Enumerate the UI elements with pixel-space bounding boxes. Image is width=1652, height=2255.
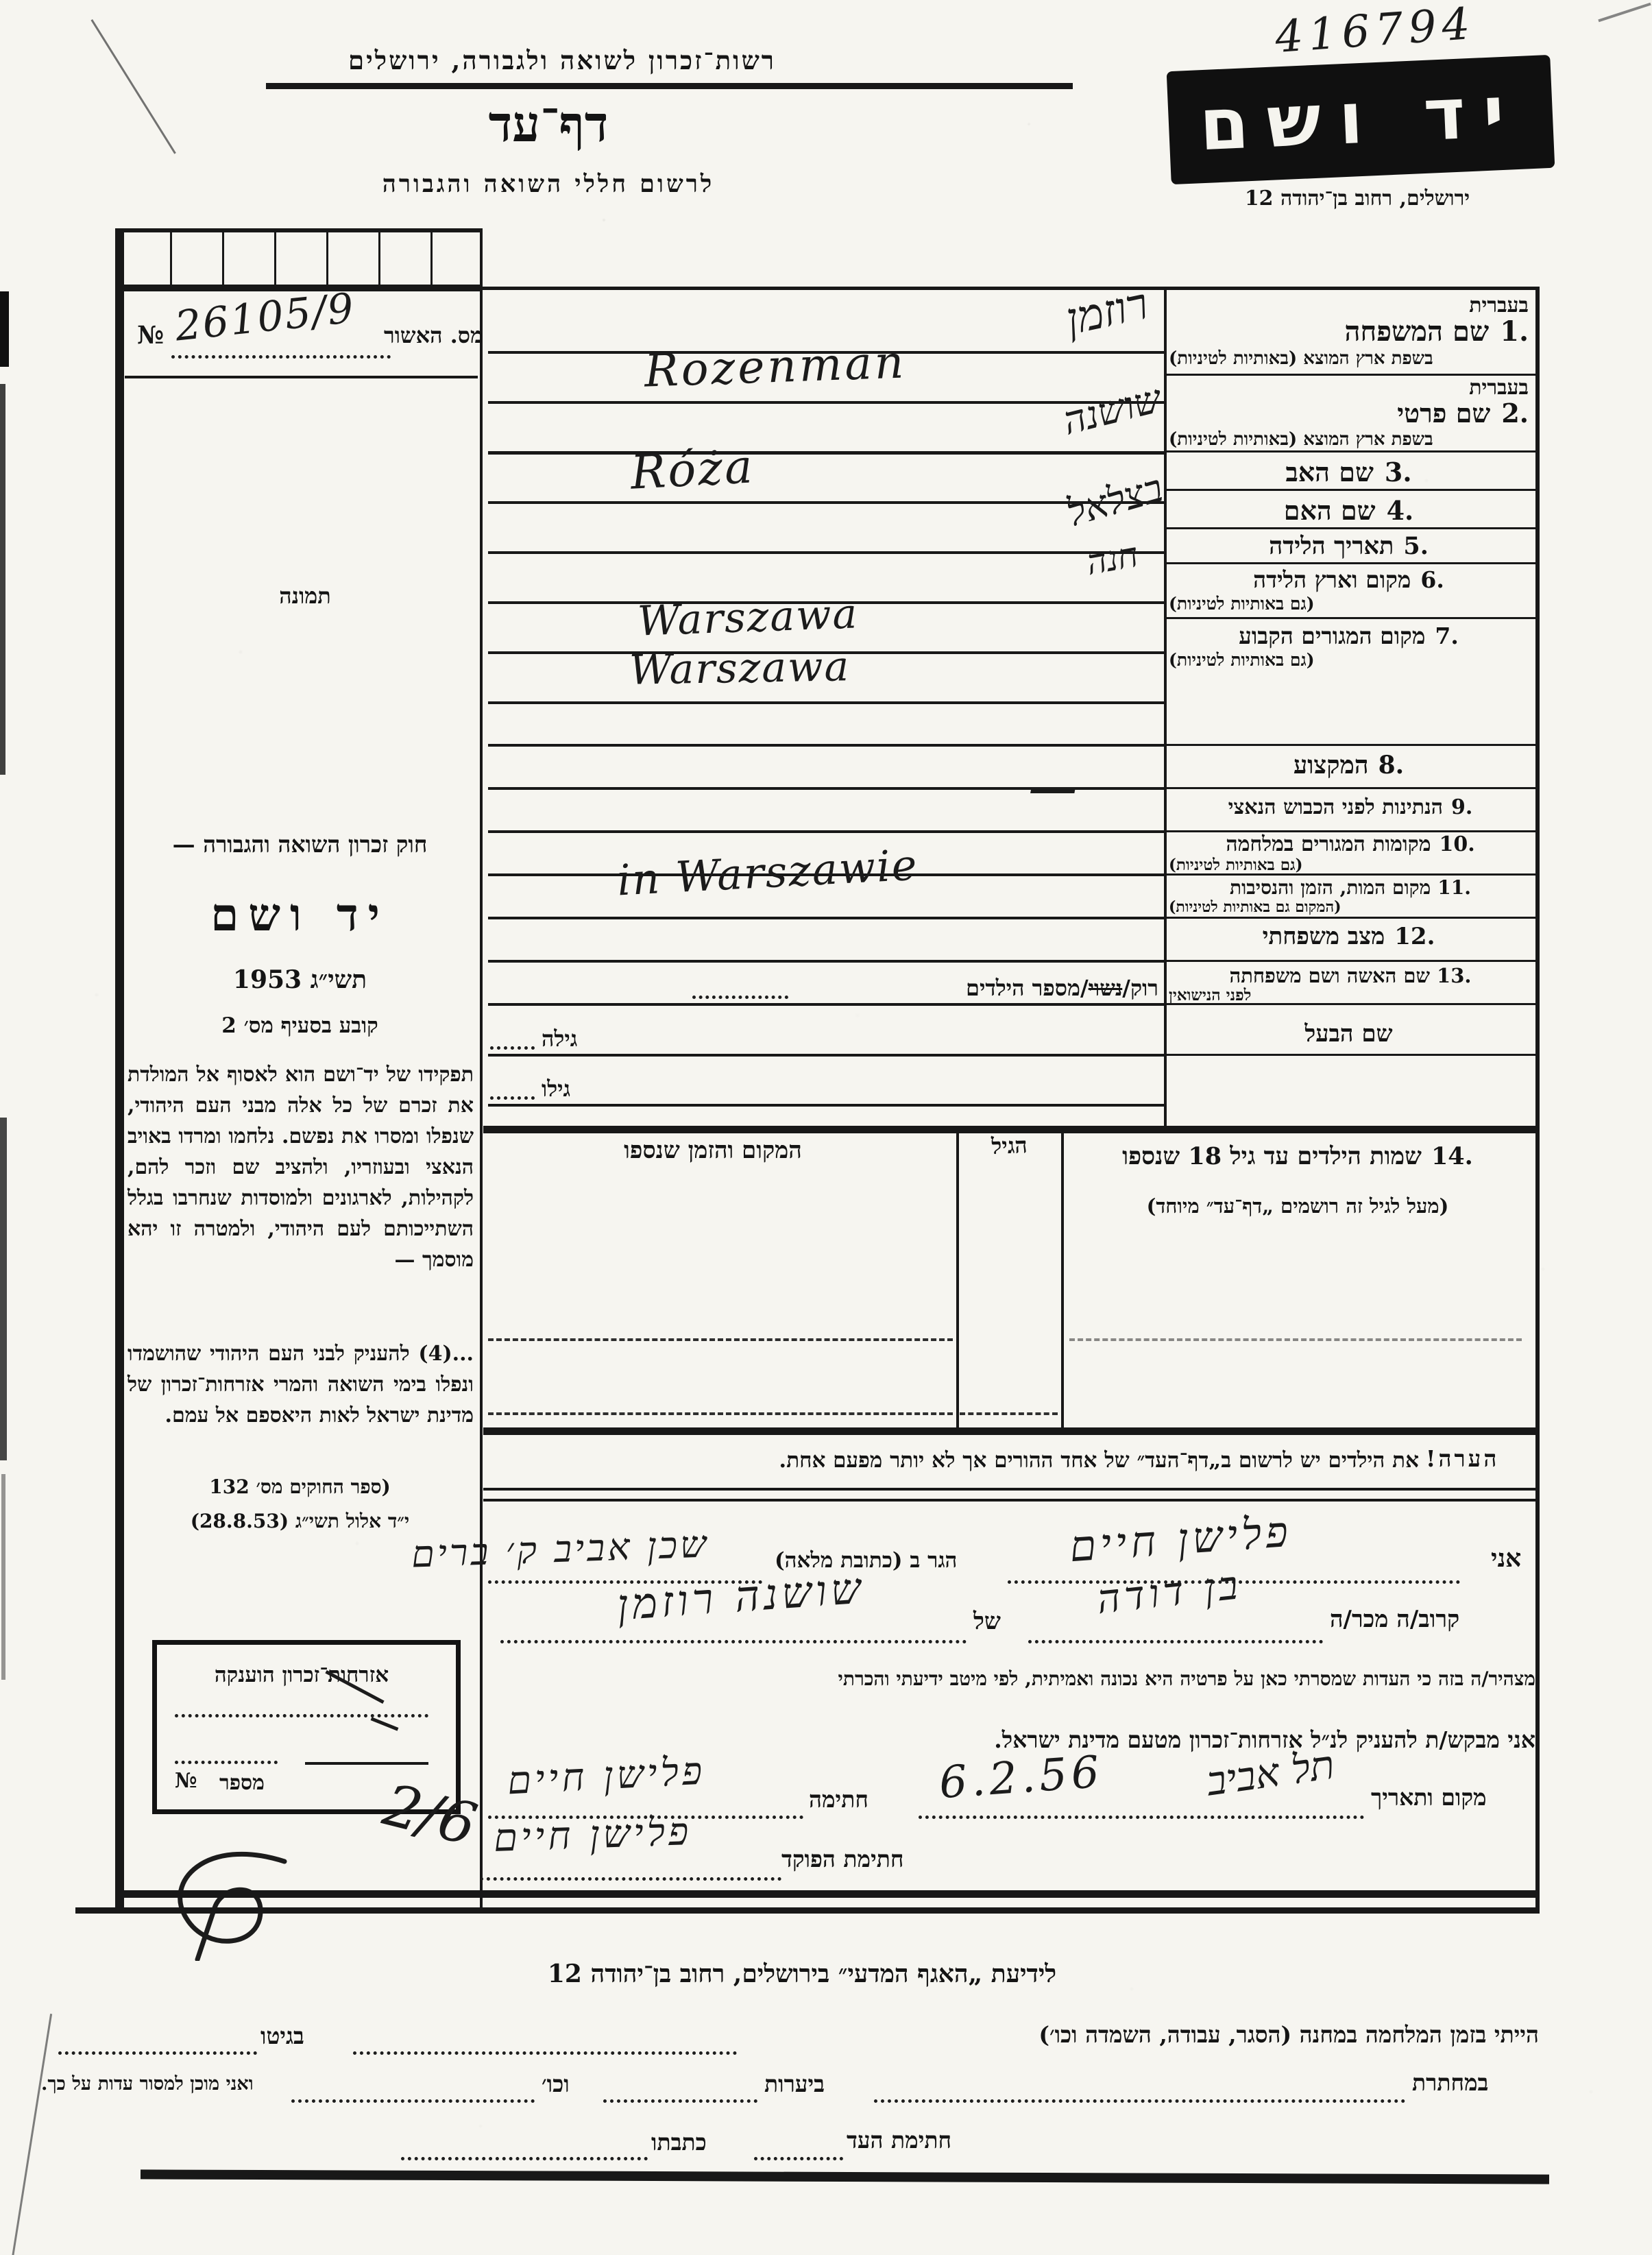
photo-label: תמונה <box>260 583 350 609</box>
decl-date-handwritten: 6.2.56 <box>938 1747 1105 1809</box>
field9-label: 9. הנתינות לפני הכבוש הנאצי <box>1169 795 1532 819</box>
cells-divider-2 <box>222 230 224 286</box>
decl-dotted-7 <box>480 1877 781 1881</box>
scan-scratch-top-right <box>1598 3 1651 23</box>
grant-dotted-line-1 <box>175 1714 428 1717</box>
fill-line <box>488 451 1164 455</box>
table14-title-row: 14. שמות הילדים עד גיל 18 שנספו <box>1061 1142 1534 1170</box>
field1-sublabel: בשפת ארץ המוצא (באותיות לטיניות) <box>1169 348 1532 369</box>
label-row-line <box>1167 960 1535 962</box>
decl-victim-name-handwritten: שושנה רוזמן <box>616 1563 866 1630</box>
field7-sublabel: (גם באותיות לטיניות) <box>1169 650 1532 671</box>
field7-label: 7. מקום המגורים הקבוע <box>1169 623 1529 650</box>
witness-signature-label: חתימת העד <box>847 2127 951 2154</box>
field13-number: 13. <box>1437 964 1471 987</box>
signature-flourish <box>158 1844 295 1961</box>
field6-sublabel: (גם באותיות לטיניות) <box>1169 594 1532 614</box>
approval-row-underline <box>125 376 478 378</box>
field7-label-text: מקום המגורים הקבוע <box>1239 623 1425 650</box>
field11-sublabel: (המקום גם באותיות לטיניות) <box>1169 898 1532 916</box>
decl-of-label: של <box>973 1608 1001 1635</box>
decl-dotted-4 <box>500 1640 967 1643</box>
field1-number: 1. <box>1500 315 1529 348</box>
label-row-line <box>1167 617 1535 619</box>
marital-children-count: /מספר הילדים <box>966 975 1089 1001</box>
field10-number: 10. <box>1439 832 1474 856</box>
marital-married-struck: נשוי <box>1089 975 1123 1001</box>
field4-label-text: שם האם <box>1284 495 1376 527</box>
field2-sublabel: בשפת ארץ המוצא (באותיות לטיניות) <box>1169 429 1532 450</box>
form-title: דף־עד <box>411 95 685 154</box>
wartime-camp-label: הייתי בזמן המלחמה במחנה (הסגר, עבודה, הש… <box>744 2021 1539 2049</box>
field6-label: 6. מקום וארץ הלידה <box>1169 566 1529 594</box>
etc-label: וכו׳ <box>542 2071 570 2098</box>
commander-signature-label: חתימת הפוקד <box>781 1846 903 1873</box>
grant-solid-line <box>305 1762 428 1765</box>
field10-sublabel: (גם באותיות לטיניות) <box>1169 856 1532 874</box>
note-lead: הערה! <box>1426 1445 1499 1473</box>
scan-scratch-top-left <box>90 19 175 154</box>
witness-address-dotted <box>401 2157 648 2160</box>
field3-label-text: שם האב <box>1285 457 1373 488</box>
forests-label: ביערות <box>764 2071 825 2098</box>
fill-line <box>488 1054 1164 1057</box>
cells-divider-5 <box>378 230 380 286</box>
label-row-line <box>1167 527 1535 529</box>
law-year: תשי״ג 1953 <box>130 965 470 994</box>
approval-number-handwritten: 26105/9 <box>173 284 357 350</box>
field4-label: 4. שם האם <box>1169 495 1529 527</box>
table14-vertical-1 <box>956 1126 959 1430</box>
table14-subtitle: (מעל לגיל זה רושמים „דף־עד״ מיוחד) <box>1061 1194 1534 1218</box>
fill-line <box>488 917 1164 919</box>
scientific-branch-title: לידיעת „האגף המדעי״ בירושלים, רחוב בן־יה… <box>356 1959 1248 1988</box>
fill-line <box>488 960 1164 963</box>
field13-sublabel: לפני הנישואין <box>1169 986 1532 1004</box>
entry-family-name-latin: Rozenman <box>644 335 908 397</box>
fill-line <box>488 1104 1164 1107</box>
label-row-line <box>1167 787 1535 789</box>
decl-place-date-label: מקום ותאריך <box>1371 1784 1487 1811</box>
law-yad-vashem: יד ושם <box>130 888 470 942</box>
scanned-testimony-page: 416794 רשות־זכרון לשואה ולגבורה, ירושלים… <box>0 0 1652 2255</box>
entry-father-name: בצלאל <box>1062 466 1168 536</box>
right-area-top-border <box>480 287 1540 290</box>
her-age-dotted <box>490 1046 535 1050</box>
commander-signature-handwritten: פלישן חיים <box>493 1809 692 1861</box>
field2-language-note: בעברית <box>1169 376 1534 400</box>
field2-label: 2. שם פרטי <box>1169 398 1529 429</box>
field5-number: 5. <box>1403 532 1429 560</box>
label-row-line <box>1167 744 1535 746</box>
entry-wartime-residence: in Warszawie <box>616 840 919 906</box>
his-age-dotted <box>490 1096 535 1100</box>
field8-number: 8. <box>1378 751 1405 780</box>
table14-title: שמות הילדים עד גיל 18 שנספו <box>1122 1142 1422 1170</box>
field6-number: 6. <box>1420 566 1444 593</box>
label-row-line <box>1167 1054 1535 1056</box>
field1-language-note: בעברית <box>1169 293 1534 317</box>
underground-label: במחתרת <box>1412 2069 1488 2097</box>
logo-address: ירושלים, רחוב בן־יהודה 12 <box>1138 186 1577 210</box>
camp-dotted <box>353 2051 737 2055</box>
entry-first-name-latin: Róża <box>629 439 755 500</box>
label-row-line <box>1167 450 1535 453</box>
authority-name: רשות־זכרון לשואה ולגבורה, ירושלים <box>264 45 860 76</box>
label-row-line <box>1167 489 1535 491</box>
label-row-line <box>1167 917 1535 919</box>
table14-vertical-2 <box>1061 1126 1064 1430</box>
decl-witness-name-handwritten: פלישן חיים <box>1068 1506 1293 1572</box>
grant-number-label: מספר <box>219 1771 265 1795</box>
approval-number-dotted-line <box>171 355 391 359</box>
law-heading: חוק זכרון השואה והגבורה — <box>130 831 470 858</box>
fill-line <box>488 701 1164 704</box>
field6-label-text: מקום וארץ הלידה <box>1253 566 1411 594</box>
form-bottom-rule-2 <box>75 1907 1540 1914</box>
field13-label: 13. שם האשה ושם משפחתה <box>1169 964 1532 988</box>
table14-row-line-2 <box>1069 1338 1522 1341</box>
field12-label-text: מצב משפחתי <box>1263 923 1385 950</box>
law-source-1: (ספר החוקים מס׳ 132 <box>130 1475 470 1499</box>
decl-signature-label: חתימה <box>809 1786 868 1813</box>
entry-citizenship-dash: — <box>1028 757 1078 815</box>
field10-label: 10. מקומות המגורים במלחמה <box>1169 832 1532 856</box>
field3-number: 3. <box>1385 457 1412 487</box>
table14-row-line-4 <box>960 1412 1058 1415</box>
field11-label: 11. מקום המות, הזמן והנסיבות <box>1169 876 1532 900</box>
note-rule-2 <box>483 1499 1540 1502</box>
scan-edge-mark-2 <box>0 384 5 775</box>
field1-label: 1. שם המשפחה <box>1169 315 1529 348</box>
etc-dotted <box>291 2099 535 2103</box>
label-row-line <box>1167 562 1535 564</box>
table14-number: 14. <box>1431 1142 1473 1170</box>
page-bottom-rule <box>141 2169 1549 2184</box>
decl-statement: מצהיר/ה בזה כי העדות שמסרתי כאן על פרטיה… <box>488 1667 1535 1691</box>
her-age-label: גילה <box>542 1026 577 1052</box>
cells-divider-1 <box>170 230 172 286</box>
field12-label: 12. מצב משפחתי <box>1169 923 1529 950</box>
field9-label-text: הנתינות לפני הכבוש הנאצי <box>1228 795 1443 819</box>
form-bottom-rule-1 <box>120 1890 1540 1898</box>
cells-divider-6 <box>430 230 433 286</box>
field3-label: 3. שם האב <box>1169 457 1529 488</box>
form-left-border <box>115 228 124 1909</box>
cells-divider-3 <box>274 230 276 286</box>
ready-to-testify-label: ואני מוכן למסור עדות על כך. <box>41 2073 254 2095</box>
field5-label-text: תאריך הלידה <box>1269 532 1394 560</box>
table14-row-line-3 <box>488 1412 953 1415</box>
form-right-border <box>1535 287 1540 1909</box>
field4-number: 4. <box>1387 495 1414 526</box>
note-text: את הילדים יש לרשום ב„דף־העד״ של אחד ההור… <box>542 1448 1419 1473</box>
husband-label: שם הבעל <box>1169 1020 1529 1048</box>
grant-numero-sign: № <box>175 1769 197 1793</box>
field1-label-text: שם המשפחה <box>1345 315 1490 348</box>
witness-signature-dotted <box>754 2157 843 2160</box>
field9-number: 9. <box>1451 795 1472 819</box>
scan-edge-mark-1 <box>0 291 9 367</box>
cells-divider-4 <box>326 230 328 286</box>
authority-underline <box>266 83 1073 89</box>
field7-number: 7. <box>1435 623 1458 649</box>
decl-dotted-3 <box>1028 1640 1323 1643</box>
table14-row-line-1 <box>488 1338 953 1341</box>
law-source-2: י״ד אלול תשי״ג (28.8.53) <box>130 1510 470 1533</box>
decl-relative-label: קרוב/ה מכר/ה <box>1330 1606 1459 1633</box>
fill-line <box>488 744 1164 747</box>
law-clause: קובע בסעיף מס׳ 2 <box>130 1013 470 1038</box>
field11-label-text: מקום המות, הזמן והנסיבות <box>1230 876 1431 900</box>
decl-signature-handwritten: פלישן חיים <box>506 1748 706 1803</box>
ghetto-label: בגיטו <box>260 2023 304 2050</box>
field12-number: 12. <box>1394 923 1435 950</box>
fill-line <box>488 1003 1164 1006</box>
yad-vashem-logo: יד ושם <box>1167 55 1555 184</box>
marital-single: רוק/ <box>1122 975 1158 1001</box>
field8-label: 8. המקצוע <box>1169 751 1529 780</box>
field11-number: 11. <box>1437 876 1471 899</box>
scan-scratch-bottom-left <box>12 2014 52 2255</box>
numero-sign: № <box>137 321 164 350</box>
field2-number: 2. <box>1501 398 1529 429</box>
field5-label: 5. תאריך הלידה <box>1169 532 1529 560</box>
fill-line <box>488 830 1164 833</box>
underground-dotted <box>874 2099 1405 2103</box>
scan-edge-mark-4 <box>1 1474 5 1680</box>
decl-relation-handwritten: בן דודה <box>1095 1561 1244 1623</box>
entry-first-name-hebrew: שושנה <box>1058 376 1165 444</box>
table14-col-place-header: המקום והזמן שנספו <box>521 1137 905 1164</box>
ghetto-dotted <box>58 2051 257 2055</box>
entry-birthplace: Warszawa <box>637 590 859 645</box>
law-paragraph-1: תפקידו של יד־ושם הוא לאסוף אל המולדת את … <box>127 1059 474 1275</box>
handwritten-serial-number: 416794 <box>1274 0 1477 63</box>
law-paragraph-2: ...(4) להעניק לבני העם היהודי שהושמדו ונ… <box>127 1338 474 1431</box>
scan-edge-mark-3 <box>0 1118 7 1460</box>
fill-line <box>488 501 1164 504</box>
table14-bottom-border <box>483 1427 1540 1435</box>
field8-label-text: המקצוע <box>1293 751 1369 780</box>
marital-dotted <box>692 996 788 999</box>
fill-line <box>488 551 1164 554</box>
entry-residence: Warszawa <box>629 642 850 695</box>
margin-handwritten-mark: 2/6 <box>377 1771 483 1859</box>
note-rule-1 <box>483 1488 1540 1491</box>
forests-dotted <box>603 2099 757 2103</box>
approval-number-label: מס. האשור <box>384 322 483 348</box>
form-subtitle: לרשום חללי השואה והגבורה <box>336 170 761 198</box>
left-box-right-border <box>480 228 483 1908</box>
grant-dotted-line-2 <box>175 1761 278 1764</box>
witness-address-label: כתבתו <box>651 2129 707 2156</box>
field13-label-text: שם האשה ושם משפחתה <box>1230 964 1431 988</box>
decl-dotted-5 <box>919 1816 1364 1819</box>
table14-col-age-header: הגיל <box>959 1131 1059 1160</box>
citizenship-grant-title: אזרחות־זכרון הוענקה <box>165 1663 439 1687</box>
scan-speckles <box>0 0 1 1</box>
decl-i-label: אני <box>1491 1544 1521 1573</box>
entry-mother-name: חנה <box>1084 535 1141 583</box>
decl-request: אני מבקש/ת להעניק לנ״ל אזרחות־זכרון מטעם… <box>754 1726 1535 1754</box>
field10-label-text: מקומות המגורים במלחמה <box>1226 832 1431 856</box>
yad-vashem-logo-text: יד ושם <box>1167 55 1555 181</box>
field2-label-text: שם פרטי <box>1397 398 1490 429</box>
his-age-label: גילו <box>542 1076 570 1102</box>
